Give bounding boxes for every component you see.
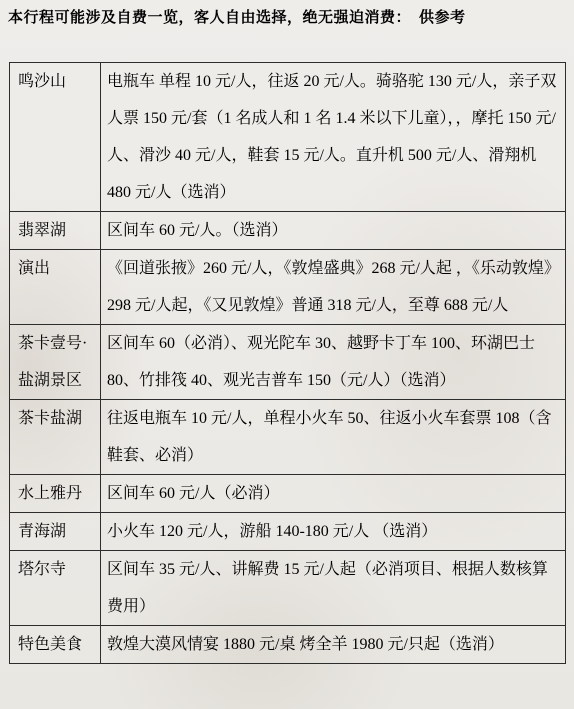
place-cell: 茶卡壹号·盐湖景区 — [10, 325, 101, 400]
fees-table: 鸣沙山 电瓶车 单程 10 元/人，往返 20 元/人。骑骆驼 130 元/人，… — [9, 62, 566, 664]
page-title: 本行程可能涉及自费一览，客人自由选择，绝无强迫消费： 供参考 — [8, 6, 568, 27]
detail-cell: 区间车 60 元/人（必消） — [101, 475, 566, 513]
detail-cell: 《回道张掖》260 元/人，《敦煌盛典》268 元/人起 ，《乐动敦煌》298 … — [101, 250, 566, 325]
detail-cell: 区间车 60 元/人。（选消） — [101, 212, 566, 250]
table-row: 塔尔寺 区间车 35 元/人、讲解费 15 元/人起（必消项目、根据人数核算费用… — [10, 551, 566, 626]
detail-cell: 敦煌大漠风情宴 1880 元/桌 烤全羊 1980 元/只起（选消） — [101, 626, 566, 664]
table-row: 演出 《回道张掖》260 元/人，《敦煌盛典》268 元/人起 ，《乐动敦煌》2… — [10, 250, 566, 325]
table-row: 鸣沙山 电瓶车 单程 10 元/人，往返 20 元/人。骑骆驼 130 元/人，… — [10, 63, 566, 212]
table-row: 青海湖 小火车 120 元/人，游船 140-180 元/人 （选消） — [10, 513, 566, 551]
place-cell: 鸣沙山 — [10, 63, 101, 212]
detail-cell: 小火车 120 元/人，游船 140-180 元/人 （选消） — [101, 513, 566, 551]
detail-cell: 往返电瓶车 10 元/人，单程小火车 50、往返小火车套票 108（含鞋套、必消… — [101, 400, 566, 475]
place-cell: 茶卡盐湖 — [10, 400, 101, 475]
table-row: 特色美食 敦煌大漠风情宴 1880 元/桌 烤全羊 1980 元/只起（选消） — [10, 626, 566, 664]
detail-cell: 区间车 60（必消）、观光陀车 30、越野卡丁车 100、环湖巴士 80、竹排筏… — [101, 325, 566, 400]
place-cell: 水上雅丹 — [10, 475, 101, 513]
place-cell: 青海湖 — [10, 513, 101, 551]
place-cell: 特色美食 — [10, 626, 101, 664]
place-cell: 翡翠湖 — [10, 212, 101, 250]
table-row: 茶卡盐湖 往返电瓶车 10 元/人，单程小火车 50、往返小火车套票 108（含… — [10, 400, 566, 475]
detail-cell: 电瓶车 单程 10 元/人，往返 20 元/人。骑骆驼 130 元/人，亲子双人… — [101, 63, 566, 212]
table-row: 茶卡壹号·盐湖景区 区间车 60（必消）、观光陀车 30、越野卡丁车 100、环… — [10, 325, 566, 400]
detail-cell: 区间车 35 元/人、讲解费 15 元/人起（必消项目、根据人数核算费用） — [101, 551, 566, 626]
table-row: 翡翠湖 区间车 60 元/人。（选消） — [10, 212, 566, 250]
place-cell: 塔尔寺 — [10, 551, 101, 626]
place-cell: 演出 — [10, 250, 101, 325]
table-row: 水上雅丹 区间车 60 元/人（必消） — [10, 475, 566, 513]
